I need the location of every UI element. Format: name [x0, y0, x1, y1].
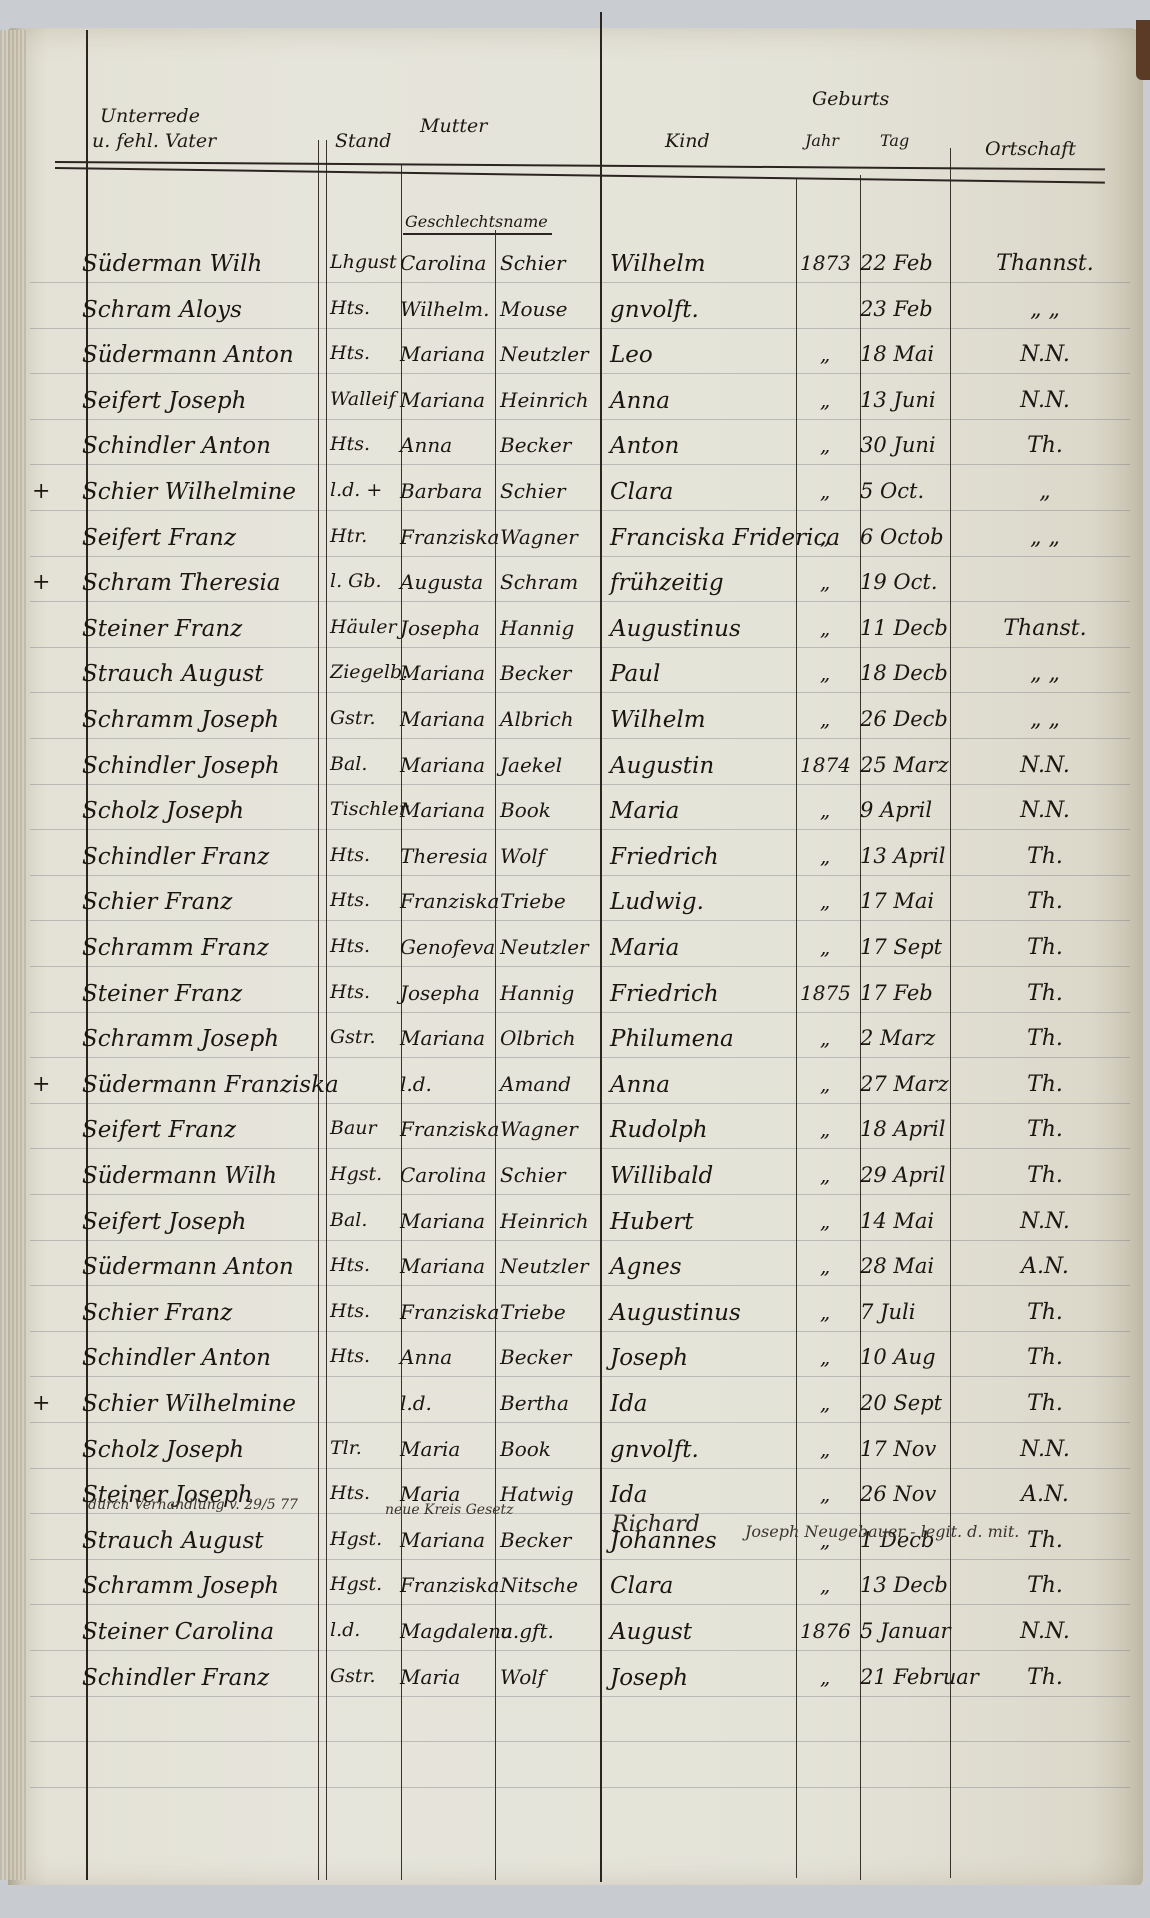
birth-day: 20 Sept [860, 1391, 960, 1415]
register-row: Seifert JosephWalleifMarianaHeinrichAnna… [0, 382, 1150, 424]
register-row: Schramm FranzHts.GenofevaNeutzlerMaria„1… [0, 929, 1150, 971]
place: Th. [980, 1117, 1110, 1142]
father-name: Scholz Joseph [82, 798, 322, 824]
mother-first-name: Anna [400, 433, 495, 457]
birth-year: „ [800, 388, 850, 412]
father-occupation: Hts. [330, 889, 400, 911]
father-name: Schindler Anton [82, 1345, 322, 1371]
place: N.N. [980, 342, 1110, 367]
father-name: Südermann Franziska [82, 1072, 322, 1098]
place: A.N. [980, 1254, 1110, 1279]
mother-surname: Hannig [500, 981, 595, 1005]
child-name: Ludwig. [610, 889, 790, 915]
birth-year: „ [800, 1117, 850, 1141]
mother-surname: Heinrich [500, 388, 595, 412]
mother-first-name: l.d. [400, 1072, 495, 1096]
child-name: Ida [610, 1391, 790, 1417]
father-name: Schier Wilhelmine [82, 1391, 322, 1417]
father-name: Südermann Wilh [82, 1163, 322, 1189]
birth-day: 9 April [860, 798, 960, 822]
deceased-mark: + [32, 479, 52, 504]
father-name: Schier Wilhelmine [82, 479, 322, 505]
mother-first-name: Mariana [400, 1026, 495, 1050]
birth-year: „ [800, 1437, 850, 1461]
father-name: Schram Theresia [82, 570, 322, 596]
mother-surname: Wagner [500, 525, 595, 549]
register-row: Strauch AugustZiegelb.MarianaBeckerPaul„… [0, 655, 1150, 697]
father-name: Scholz Joseph [82, 1437, 322, 1463]
place: Th. [980, 1391, 1110, 1416]
child-name: Leo [610, 342, 790, 368]
deceased-mark: + [32, 1072, 52, 1097]
father-name: Südermann Anton [82, 1254, 322, 1280]
child-name: Rudolph [610, 1117, 790, 1143]
annotation-law-note: neue Kreis Gesetz [385, 1502, 514, 1518]
mother-first-name: Franziska [400, 525, 495, 549]
mother-first-name: Carolina [400, 251, 495, 275]
register-row: +Schier Wilhelminel.d. +BarbaraSchierCla… [0, 473, 1150, 515]
father-occupation: Hts. [330, 935, 400, 957]
child-name: Clara [610, 1573, 790, 1599]
mother-first-name: Augusta [400, 570, 495, 594]
place: Th. [980, 433, 1110, 458]
mother-surname: Albrich [500, 707, 595, 731]
birth-day: 22 Feb [860, 251, 960, 275]
mother-surname: Neutzler [500, 1254, 595, 1278]
child-name: Anna [610, 388, 790, 414]
child-name: Franciska Friderica [610, 525, 790, 551]
place: Th. [980, 1026, 1110, 1051]
place: Th. [980, 1573, 1110, 1598]
father-occupation: Gstr. [330, 707, 400, 729]
father-name: Seifert Joseph [82, 388, 322, 414]
place: „ „ [980, 525, 1110, 550]
birth-year: „ [800, 798, 850, 822]
birth-year: 1875 [800, 981, 850, 1005]
child-name: Maria [610, 935, 790, 961]
father-occupation: Walleif [330, 388, 400, 410]
place: Th. [980, 844, 1110, 869]
place: Th. [980, 1345, 1110, 1370]
place: „ „ [980, 661, 1110, 686]
deceased-mark: + [32, 1391, 52, 1416]
birth-day: 14 Mai [860, 1209, 960, 1233]
father-occupation: Bal. [330, 753, 400, 775]
mother-first-name: Maria [400, 1437, 495, 1461]
birth-day: 28 Mai [860, 1254, 960, 1278]
child-name: Wilhelm [610, 707, 790, 733]
birth-year: „ [800, 525, 850, 549]
father-name: Schier Franz [82, 889, 322, 915]
mother-first-name: l.d. [400, 1391, 495, 1415]
register-row: Südermann AntonHts.MarianaNeutzlerAgnes„… [0, 1248, 1150, 1290]
place: Thanst. [980, 616, 1110, 641]
register-row: Steiner FranzHts.JosephaHannigFriedrich1… [0, 975, 1150, 1017]
birth-year: „ [800, 1300, 850, 1324]
birth-year: „ [800, 844, 850, 868]
father-name: Schramm Joseph [82, 707, 322, 733]
birth-year: 1876 [800, 1619, 850, 1643]
child-name: August [610, 1619, 790, 1645]
child-name: Willibald [610, 1163, 790, 1189]
child-name: Ida [610, 1482, 790, 1508]
birth-day: 6 Octob [860, 525, 960, 549]
register-row: Seifert JosephBal.MarianaHeinrichHubert„… [0, 1203, 1150, 1245]
father-name: Süderman Wilh [82, 251, 322, 277]
birth-day: 26 Nov [860, 1482, 960, 1506]
mother-surname: Schier [500, 251, 595, 275]
child-name: Augustin [610, 753, 790, 779]
mother-first-name: Mariana [400, 661, 495, 685]
birth-year: „ [800, 1482, 850, 1506]
father-name: Schindler Anton [82, 433, 322, 459]
father-name: Schier Franz [82, 1300, 322, 1326]
mother-surname: Becker [500, 433, 595, 457]
place: N.N. [980, 1209, 1110, 1234]
place: Th. [980, 1665, 1110, 1690]
father-name: Seifert Franz [82, 1117, 322, 1143]
father-name: Südermann Anton [82, 342, 322, 368]
father-occupation: Häuler [330, 616, 400, 638]
father-occupation: Hts. [330, 342, 400, 364]
register-row: Seifert FranzHtr.FranziskaWagnerFrancisk… [0, 519, 1150, 561]
child-name: Maria [610, 798, 790, 824]
mother-surname: Wagner [500, 1117, 595, 1141]
birth-day: 17 Sept [860, 935, 960, 959]
father-occupation: l. Gb. [330, 570, 400, 592]
mother-first-name: Carolina [400, 1163, 495, 1187]
mother-first-name: Mariana [400, 342, 495, 366]
mother-surname: Hatwig [500, 1482, 595, 1506]
mother-first-name: Mariana [400, 1528, 495, 1552]
mother-surname: Schier [500, 479, 595, 503]
register-row: Steiner Carolinal.d.Magdalenau.gft.Augus… [0, 1613, 1150, 1655]
mother-surname: Wolf [500, 844, 595, 868]
register-row: Schier FranzHts.FranziskaTriebeLudwig.„1… [0, 883, 1150, 925]
place: N.N. [980, 1437, 1110, 1462]
father-name: Steiner Carolina [82, 1619, 322, 1645]
father-occupation: Hts. [330, 981, 400, 1003]
place: Th. [980, 889, 1110, 914]
register-row: +Schier Wilhelminel.d.BerthaIda„20 SeptT… [0, 1385, 1150, 1427]
deceased-mark: + [32, 570, 52, 595]
child-name: Joseph [610, 1345, 790, 1371]
father-occupation: Hts. [330, 1345, 400, 1367]
register-row: Schindler AntonHts.AnnaBeckerAnton„30 Ju… [0, 427, 1150, 469]
child-name: Anna [610, 1072, 790, 1098]
annotation-child-name: Richard [612, 1512, 700, 1537]
birth-year: „ [800, 1254, 850, 1278]
birth-day: 13 Decb [860, 1573, 960, 1597]
father-occupation: Hts. [330, 1300, 400, 1322]
father-occupation: Hts. [330, 1482, 400, 1504]
register-row: +Südermann Franziskal.d.AmandAnna„27 Mar… [0, 1066, 1150, 1108]
place: Th. [980, 935, 1110, 960]
register-row: Scholz JosephTlr.MariaBookgnvolft.„17 No… [0, 1431, 1150, 1473]
birth-day: 13 Juni [860, 388, 960, 412]
father-name: Schindler Joseph [82, 753, 322, 779]
register-row: Schramm JosephGstr.MarianaAlbrichWilhelm… [0, 701, 1150, 743]
mother-surname: Hannig [500, 616, 595, 640]
mother-surname: Nitsche [500, 1573, 595, 1597]
child-name: Anton [610, 433, 790, 459]
child-name: Philumena [610, 1026, 790, 1052]
father-name: Schramm Joseph [82, 1026, 322, 1052]
mother-surname: Becker [500, 1345, 595, 1369]
place: A.N. [980, 1482, 1110, 1507]
father-occupation: Lhgust [330, 251, 400, 273]
mother-surname: Becker [500, 1528, 595, 1552]
mother-first-name: Franziska [400, 1300, 495, 1324]
birth-year: „ [800, 616, 850, 640]
mother-first-name: Franziska [400, 1573, 495, 1597]
mother-first-name: Franziska [400, 1117, 495, 1141]
place: „ [980, 479, 1110, 504]
father-name: Strauch August [82, 1528, 322, 1554]
father-occupation: Hgst. [330, 1573, 400, 1595]
father-name: Seifert Franz [82, 525, 322, 551]
register-row: Schier FranzHts.FranziskaTriebeAugustinu… [0, 1294, 1150, 1336]
father-occupation: Hts. [330, 1254, 400, 1276]
register-row: Süderman WilhLhgustCarolinaSchierWilhelm… [0, 245, 1150, 287]
birth-year: 1874 [800, 753, 850, 777]
father-occupation: Hts. [330, 433, 400, 455]
mother-surname: Bertha [500, 1391, 595, 1415]
birth-day: 21 Februar [860, 1665, 960, 1689]
register-row: Schindler JosephBal.MarianaJaekelAugusti… [0, 747, 1150, 789]
birth-year: „ [800, 1665, 850, 1689]
mother-first-name: Genofeva [400, 935, 495, 959]
mother-first-name: Josepha [400, 616, 495, 640]
child-name: frühzeitig [610, 570, 790, 596]
father-occupation: Baur [330, 1117, 400, 1139]
birth-year: „ [800, 1072, 850, 1096]
mother-first-name: Mariana [400, 388, 495, 412]
birth-day: 11 Decb [860, 616, 960, 640]
mother-first-name: Barbara [400, 479, 495, 503]
birth-year: „ [800, 889, 850, 913]
annotation-legitimation: Joseph Neugebauer - legit. d. mit. [745, 1522, 1019, 1541]
mother-surname: Olbrich [500, 1026, 595, 1050]
birth-year: „ [800, 1209, 850, 1233]
register-row: Schindler FranzGstr.MariaWolfJoseph„21 F… [0, 1659, 1150, 1701]
father-occupation: Gstr. [330, 1026, 400, 1048]
father-name: Schindler Franz [82, 1665, 322, 1691]
birth-year: 1873 [800, 251, 850, 275]
birth-day: 18 Decb [860, 661, 960, 685]
mother-first-name: Wilhelm. [400, 297, 495, 321]
father-occupation: Tlr. [330, 1437, 400, 1459]
father-name: Strauch August [82, 661, 322, 687]
birth-day: 17 Mai [860, 889, 960, 913]
mother-first-name: Mariana [400, 1209, 495, 1233]
register-row: Seifert FranzBaurFranziskaWagnerRudolph„… [0, 1111, 1150, 1153]
birth-year: „ [800, 342, 850, 366]
mother-surname: Book [500, 798, 595, 822]
birth-day: 27 Marz [860, 1072, 960, 1096]
mother-surname: Jaekel [500, 753, 595, 777]
father-name: Steiner Franz [82, 616, 322, 642]
father-name: Schram Aloys [82, 297, 322, 323]
register-row: Schindler FranzHts.TheresiaWolfFriedrich… [0, 838, 1150, 880]
mother-surname: Becker [500, 661, 595, 685]
birth-day: 5 Oct. [860, 479, 960, 503]
mother-surname: Neutzler [500, 935, 595, 959]
father-occupation: Tischler [330, 798, 400, 820]
birth-day: 18 Mai [860, 342, 960, 366]
birth-year: „ [800, 1163, 850, 1187]
father-occupation: Bal. [330, 1209, 400, 1231]
register-row: Südermann WilhHgst.CarolinaSchierWilliba… [0, 1157, 1150, 1199]
register-row: Schramm JosephGstr.MarianaOlbrichPhilume… [0, 1020, 1150, 1062]
register-row: Scholz JosephTischlerMarianaBookMaria„9 … [0, 792, 1150, 834]
register-row: Schindler AntonHts.AnnaBeckerJoseph„10 A… [0, 1339, 1150, 1381]
birth-day: 19 Oct. [860, 570, 960, 594]
child-name: Joseph [610, 1665, 790, 1691]
place: N.N. [980, 388, 1110, 413]
annotation-hearing-note: durch Verhandlung v. 29/5 77 [88, 1497, 298, 1513]
birth-day: 23 Feb [860, 297, 960, 321]
child-name: Agnes [610, 1254, 790, 1280]
register-row: Steiner FranzHäulerJosephaHannigAugustin… [0, 610, 1150, 652]
place: N.N. [980, 753, 1110, 778]
register-rows: Süderman WilhLhgustCarolinaSchierWilhelm… [0, 0, 1150, 1918]
place: Th. [980, 1163, 1110, 1188]
father-occupation: Htr. [330, 525, 400, 547]
place: N.N. [980, 798, 1110, 823]
birth-year: „ [800, 433, 850, 457]
birth-year: „ [800, 935, 850, 959]
child-name: Augustinus [610, 1300, 790, 1326]
mother-first-name: Maria [400, 1665, 495, 1689]
birth-day: 29 April [860, 1163, 960, 1187]
place: Th. [980, 1300, 1110, 1325]
place: „ „ [980, 297, 1110, 322]
birth-day: 17 Nov [860, 1437, 960, 1461]
child-name: Friedrich [610, 981, 790, 1007]
birth-day: 7 Juli [860, 1300, 960, 1324]
birth-day: 30 Juni [860, 433, 960, 457]
mother-first-name: Magdalena [400, 1619, 495, 1643]
place: „ „ [980, 707, 1110, 732]
mother-first-name: Franziska [400, 889, 495, 913]
mother-surname: Heinrich [500, 1209, 595, 1233]
place: N.N. [980, 1619, 1110, 1644]
mother-surname: Schram [500, 570, 595, 594]
child-name: Clara [610, 479, 790, 505]
mother-surname: Mouse [500, 297, 595, 321]
child-name: Augustinus [610, 616, 790, 642]
register-row: Südermann AntonHts.MarianaNeutzlerLeo„18… [0, 336, 1150, 378]
child-name: Wilhelm [610, 251, 790, 277]
mother-surname: Schier [500, 1163, 595, 1187]
father-name: Steiner Franz [82, 981, 322, 1007]
mother-surname: Amand [500, 1072, 595, 1096]
mother-surname: Wolf [500, 1665, 595, 1689]
birth-year: „ [800, 661, 850, 685]
place: Th. [980, 1072, 1110, 1097]
mother-first-name: Josepha [400, 981, 495, 1005]
birth-day: 13 April [860, 844, 960, 868]
birth-day: 5 Januar [860, 1619, 960, 1643]
father-occupation: l.d. [330, 1619, 400, 1641]
birth-year: „ [800, 707, 850, 731]
birth-day: 2 Marz [860, 1026, 960, 1050]
mother-first-name: Anna [400, 1345, 495, 1369]
mother-first-name: Mariana [400, 1254, 495, 1278]
child-name: gnvolft. [610, 1437, 790, 1463]
mother-surname: Neutzler [500, 342, 595, 366]
birth-day: 18 April [860, 1117, 960, 1141]
child-name: Hubert [610, 1209, 790, 1235]
mother-first-name: Mariana [400, 707, 495, 731]
child-name: Friedrich [610, 844, 790, 870]
register-row: Schram AloysHts.Wilhelm.Mousegnvolft.23 … [0, 291, 1150, 333]
place: Th. [980, 981, 1110, 1006]
birth-day: 17 Feb [860, 981, 960, 1005]
mother-first-name: Mariana [400, 753, 495, 777]
mother-surname: Triebe [500, 889, 595, 913]
birth-year: „ [800, 1391, 850, 1415]
birth-year: „ [800, 1573, 850, 1597]
father-occupation: l.d. + [330, 479, 400, 501]
father-occupation: Hts. [330, 297, 400, 319]
birth-day: 25 Marz [860, 753, 960, 777]
father-occupation: Ziegelb. [330, 661, 400, 683]
mother-first-name: Theresia [400, 844, 495, 868]
father-occupation: Hts. [330, 844, 400, 866]
birth-year: „ [800, 479, 850, 503]
father-name: Schramm Joseph [82, 1573, 322, 1599]
father-name: Seifert Joseph [82, 1209, 322, 1235]
birth-day: 26 Decb [860, 707, 960, 731]
mother-surname: u.gft. [500, 1619, 595, 1643]
father-name: Schramm Franz [82, 935, 322, 961]
mother-surname: Book [500, 1437, 595, 1461]
birth-year: „ [800, 570, 850, 594]
birth-year: „ [800, 1026, 850, 1050]
father-occupation: Gstr. [330, 1665, 400, 1687]
mother-first-name: Mariana [400, 798, 495, 822]
father-occupation: Hgst. [330, 1163, 400, 1185]
register-row: Schramm JosephHgst.FranziskaNitscheClara… [0, 1567, 1150, 1609]
mother-surname: Triebe [500, 1300, 595, 1324]
birth-day: 10 Aug [860, 1345, 960, 1369]
child-name: Paul [610, 661, 790, 687]
child-name: gnvolft. [610, 297, 790, 323]
father-name: Schindler Franz [82, 844, 322, 870]
register-row: +Schram Theresial. Gb.AugustaSchramfrühz… [0, 564, 1150, 606]
birth-year: „ [800, 1345, 850, 1369]
place: Thannst. [980, 251, 1110, 276]
father-occupation: Hgst. [330, 1528, 400, 1550]
